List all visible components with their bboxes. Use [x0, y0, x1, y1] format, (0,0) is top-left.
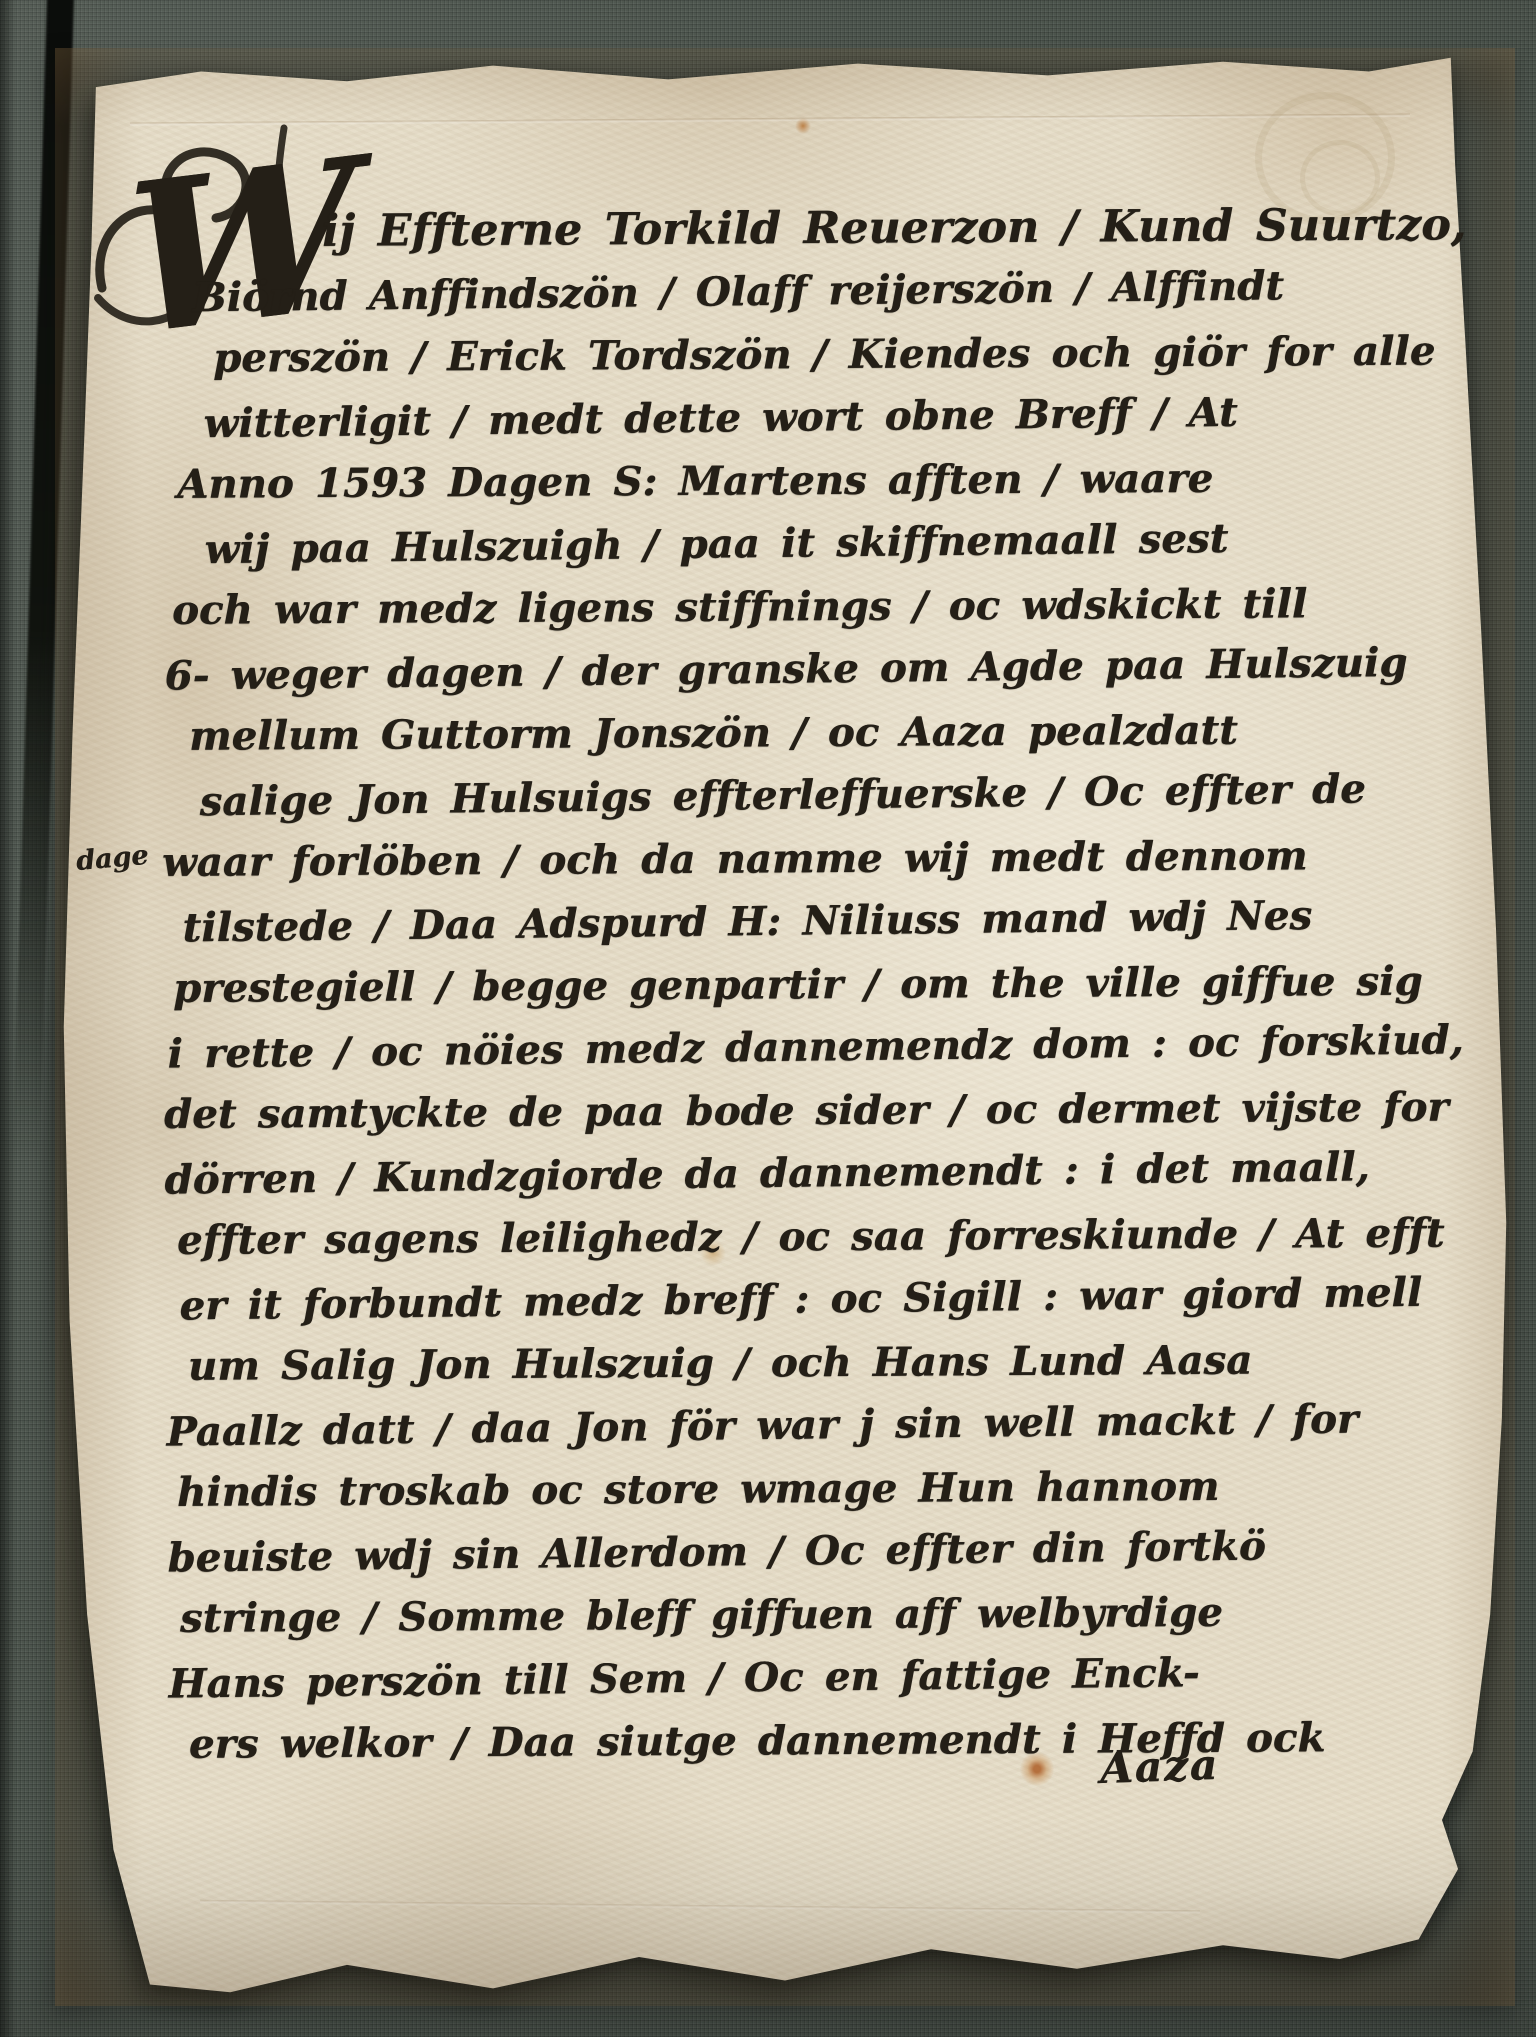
manuscript-line: ij Effterne Torkild Reuerzon / Kund Suur…: [322, 195, 1172, 263]
manuscript-line: perszön / Erick Tordszön / Kiendes och g…: [213, 321, 1173, 390]
manuscript-line: wij paa Hulszuigh / paa it skiffnemaall …: [204, 508, 1175, 582]
manuscript-line: prestegiell / begge genpartir / om the v…: [173, 951, 1178, 1020]
manuscript-line: 6- weger dagen / der granske om Agde paa…: [164, 633, 1176, 707]
manuscript-line: er it forbundt medz breff : oc Sigill : …: [179, 1263, 1181, 1337]
manuscript-line: effter sagens leilighedz / oc saa forres…: [177, 1203, 1180, 1272]
manuscript-line: det samtyckte de paa bode sider / oc der…: [164, 1077, 1179, 1146]
manuscript-line: Anno 1593 Dagen S: Martens afften / waar…: [177, 447, 1174, 516]
manuscript-line: tilstede / Daa Adspurd H: Niliuss mand w…: [182, 885, 1178, 959]
manuscript-line: mellum Guttorm Jonszön / oc Aaza pealzda…: [189, 699, 1176, 768]
manuscript-line: Hans perszön till Sem / Oc en fattige En…: [168, 1641, 1184, 1715]
manuscript-line: dörren / Kundzgiorde da dannemendt : i d…: [164, 1137, 1180, 1211]
manuscript-line: hindis troskab oc store wmage Hun hannom: [177, 1455, 1182, 1524]
manuscript-line: stringe / Somme bleff giffuen aff welbyr…: [180, 1581, 1183, 1650]
manuscript-line: um Salig Jon Hulszuig / och Hans Lund Aa…: [188, 1329, 1181, 1398]
manuscript-line: ers welkor / Daa siutge dannemendt i Hef…: [189, 1707, 1184, 1776]
manuscript-line: waar forlöben / och da namme wij medt de…: [162, 825, 1177, 894]
photo-of-archive-page: W ij Effterne Torkild Reuerzon / Kund Su…: [0, 0, 1536, 2037]
manuscript-line: witterligit / medt dette wort obne Breff…: [203, 382, 1174, 456]
manuscript-line: beuiste wdj sin Allerdom / Oc effter din…: [167, 1515, 1183, 1589]
manuscript-line: Biörnd Anffindszön / Olaff reijerszön / …: [192, 255, 1173, 329]
manuscript-line: salige Jon Hulsuigs effterleffuerske / O…: [199, 759, 1177, 833]
manuscript-line: i rette / oc nöies medz dannemendz dom :…: [167, 1011, 1179, 1085]
margin-note: dage: [75, 840, 150, 877]
signature: Aaza: [1099, 1740, 1220, 1793]
manuscript-line: och war medz ligens stiffnings / oc wdsk…: [172, 573, 1175, 642]
manuscript-text-block: ij Effterne Torkild Reuerzon / Kund Suur…: [157, 194, 1184, 1777]
manuscript-line: Paallz datt / daa Jon för war j sin well…: [166, 1389, 1182, 1463]
